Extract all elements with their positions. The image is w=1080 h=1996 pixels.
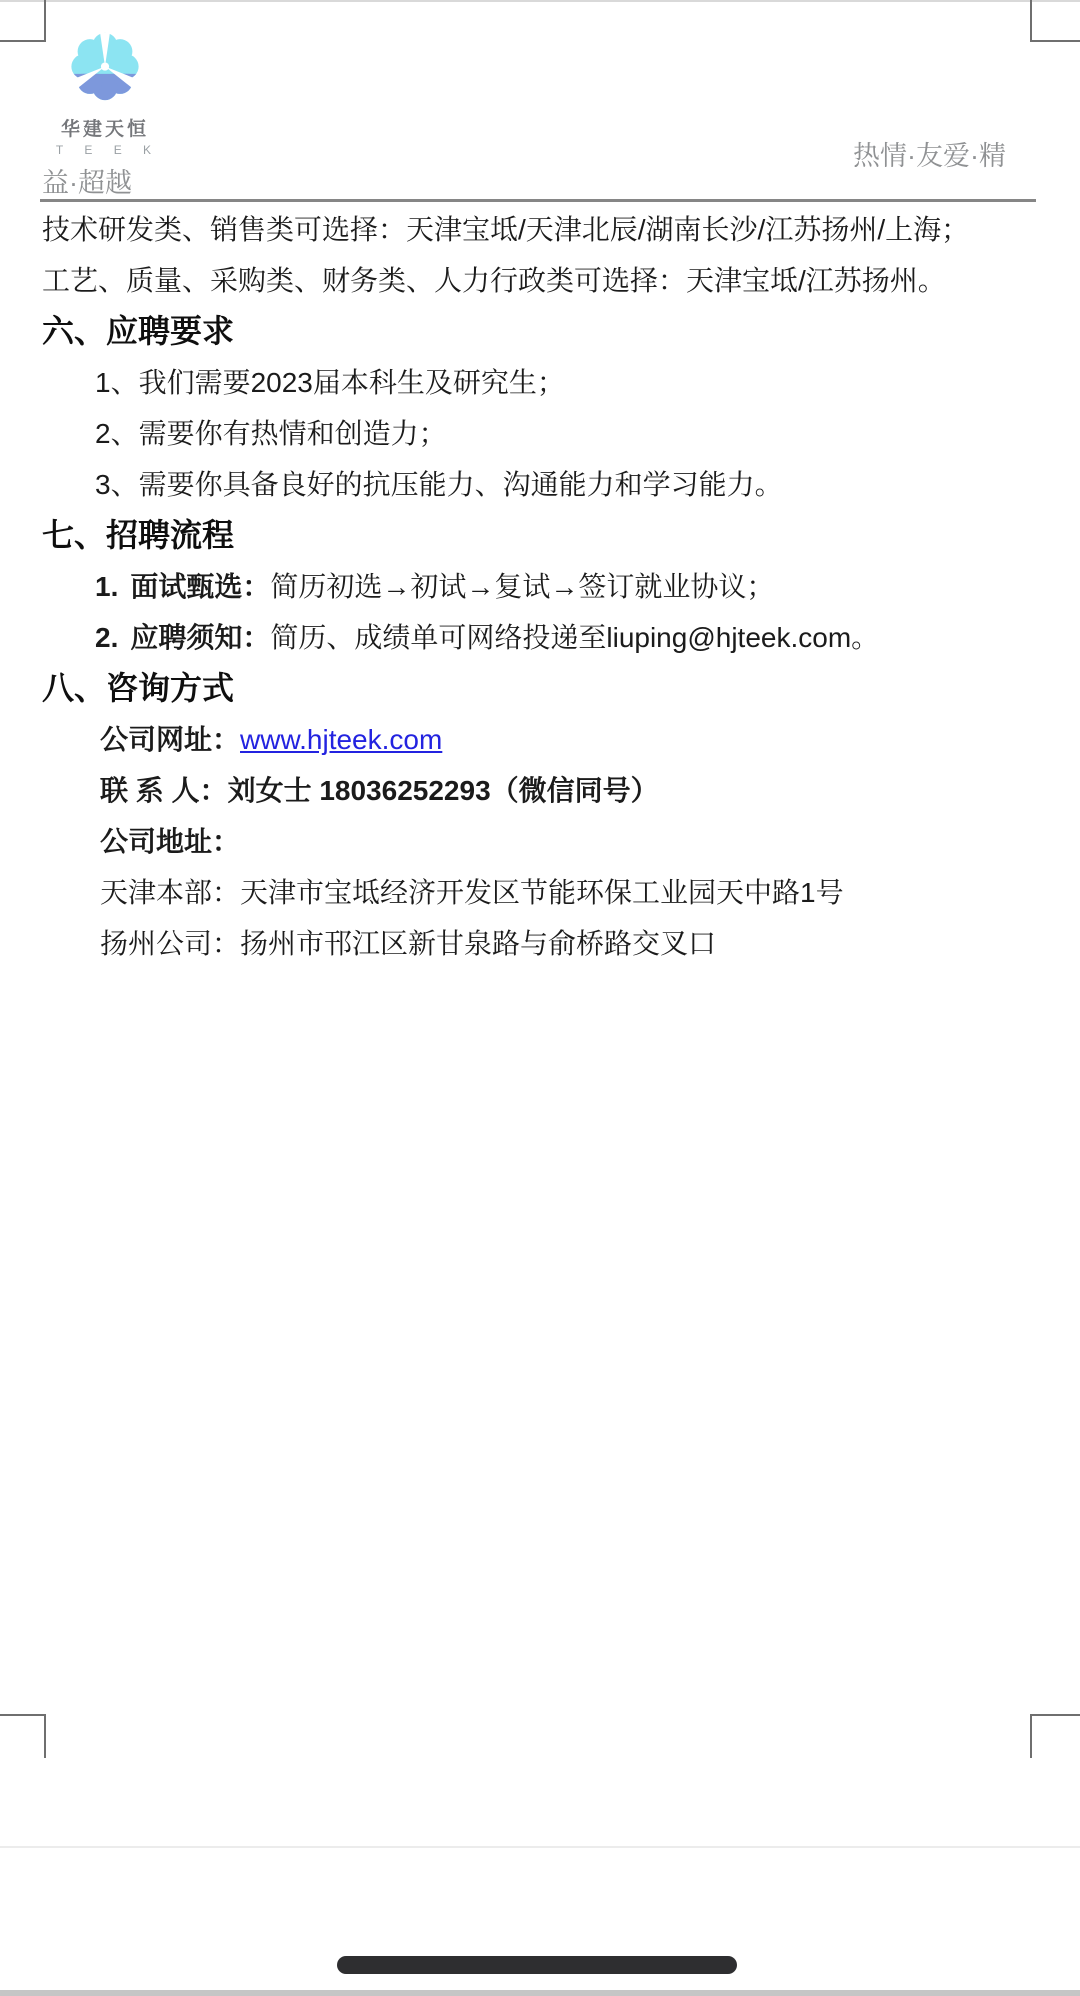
page-margin-mark-bottom-right (1030, 1714, 1080, 1758)
contact-label: 联 系 人： (100, 775, 228, 806)
requirement-item: 1、我们需要2023届本科生及研究生； (42, 357, 1036, 408)
requirement-item: 3、需要你具备良好的抗压能力、沟通能力和学习能力。 (42, 459, 1036, 510)
screen-bottom-border (0, 1990, 1080, 1996)
section-heading-process: 七、招聘流程 (42, 510, 1036, 561)
page-margin-mark-bottom-left (0, 1714, 46, 1758)
item-number: 1. (95, 571, 118, 602)
section-heading-contact: 八、咨询方式 (42, 663, 1036, 714)
item-label: 面试甄选： (130, 571, 270, 602)
header-divider (40, 199, 1036, 202)
item-text: 简历初选→初试→复试→签订就业协议； (270, 571, 774, 602)
process-item: 1.面试甄选：简历初选→初试→复试→签订就业协议； (42, 561, 1036, 612)
address-label: 公司地址： (100, 826, 240, 857)
page-margin-mark-top-right (1030, 0, 1080, 42)
document-body: 技术研发类、销售类可选择：天津宝坻/天津北辰/湖南长沙/江苏扬州/上海； 工艺、… (42, 204, 1036, 969)
website-label: 公司网址： (100, 724, 240, 755)
document-viewer-page[interactable]: 华建天恒 T E E K 热情·友爱·精 益·超越 技术研发类、销售类可选择：天… (0, 0, 1080, 1996)
address-line-yangzhou: 扬州公司：扬州市邗江区新甘泉路与俞桥路交叉口 (42, 918, 1036, 969)
contact-value: 刘女士 18036252293（微信同号） (228, 775, 659, 806)
contact-person-line: 联 系 人：刘女士 18036252293（微信同号） (42, 765, 1036, 816)
website-line: 公司网址：www.hjteek.com (42, 714, 1036, 765)
intro-line: 技术研发类、销售类可选择：天津宝坻/天津北辰/湖南长沙/江苏扬州/上海； (42, 204, 1036, 255)
company-abbreviation: T E E K (40, 143, 170, 157)
section-heading-requirements: 六、应聘要求 (42, 306, 1036, 357)
item-label: 应聘须知： (130, 622, 270, 653)
footer-divider (0, 1846, 1080, 1848)
item-number: 2. (95, 622, 118, 653)
item-text: 简历、成绩单可网络投递至liuping@hjteek.com。 (270, 622, 879, 653)
company-name: 华建天恒 (40, 114, 170, 141)
address-label-line: 公司地址： (42, 816, 1036, 867)
header-slogan-line1: 热情·友爱·精 (853, 134, 1006, 173)
requirement-item: 2、需要你有热情和创造力； (42, 408, 1036, 459)
home-indicator-bar[interactable] (337, 1956, 737, 1974)
gear-flower-logo-icon (64, 26, 146, 112)
company-website-link[interactable]: www.hjteek.com (240, 724, 442, 755)
screen-top-border (0, 0, 1080, 2)
process-item: 2.应聘须知：简历、成绩单可网络投递至liuping@hjteek.com。 (42, 612, 1036, 663)
company-logo: 华建天恒 T E E K (40, 26, 170, 157)
header-slogan-line2: 益·超越 (42, 161, 132, 200)
intro-line: 工艺、质量、采购类、财务类、人力行政类可选择：天津宝坻/江苏扬州。 (42, 255, 1036, 306)
address-line-tianjin: 天津本部：天津市宝坻经济开发区节能环保工业园天中路1号 (42, 867, 1036, 918)
